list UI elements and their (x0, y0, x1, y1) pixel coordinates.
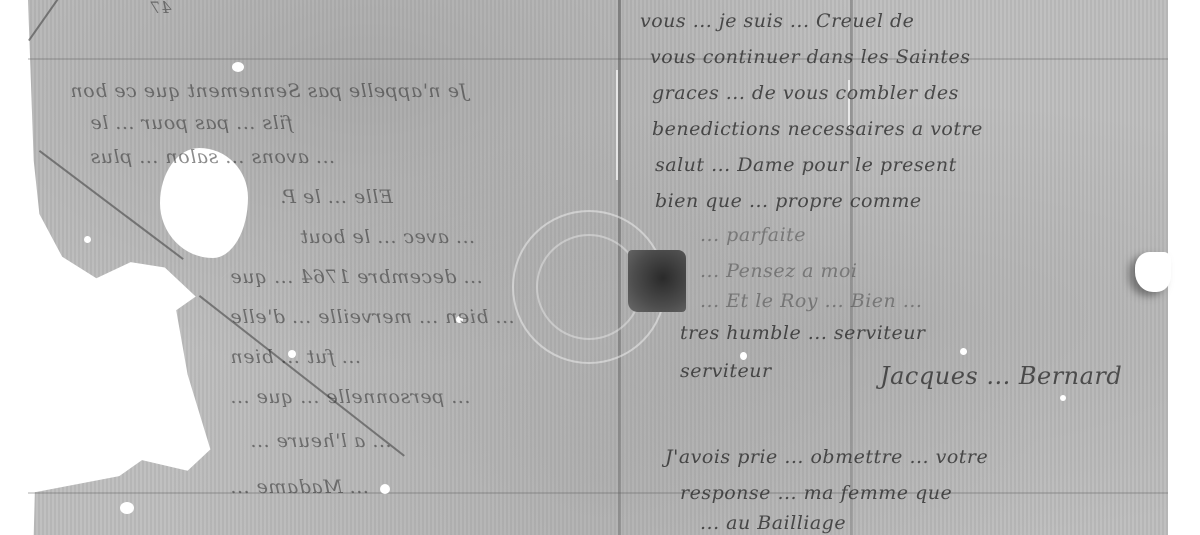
verso-line: ... bien ... merveille ... d'elle (230, 306, 515, 328)
verso-line: fils ... pas pour ... le (90, 112, 293, 134)
paper-spot (232, 62, 244, 72)
verso-line: Elle ... le P. (280, 186, 393, 208)
postscript-line: J'avois prie ... obmettre ... votre (665, 446, 988, 468)
verso-line: ... avons ... salon ... plus (90, 146, 335, 168)
verso-line: ... avec ... le bout (300, 226, 475, 248)
postscript-line: response ... ma femme que (680, 482, 952, 504)
wax-seal-remnant (628, 250, 686, 312)
verso-line: ... decembre 1764 ... que (230, 266, 483, 288)
letter-line: serviteur (680, 360, 772, 382)
letter-line: tres humble ... serviteur (680, 322, 926, 344)
verso-line: ... fut ... bien (230, 346, 361, 368)
verso-line: ... a l'heure ... (250, 430, 392, 452)
letter-line: ... Pensez a moi (700, 260, 858, 282)
paper-spot (84, 236, 91, 243)
fold-crease-highlight (616, 70, 618, 180)
ruled-line (28, 492, 1168, 494)
paper-spot (120, 502, 134, 514)
letter-line: bien que ... propre comme (655, 190, 922, 212)
torn-hole (1135, 252, 1171, 292)
letter-line: ... parfaite (700, 224, 806, 246)
corner-mark: 47 (150, 0, 171, 17)
verso-line: ... personnelle ... que ... (230, 386, 470, 408)
paper-spot (380, 484, 390, 494)
paper-spot (960, 348, 967, 355)
verso-line: Je n'appelle pas Sennement que ce bon (70, 80, 467, 102)
letter-line: ... Et le Roy ... Bien ... (700, 290, 922, 312)
ruled-line (28, 58, 1168, 60)
postscript-line: ... au Bailliage (700, 512, 846, 534)
signature: Jacques ... Bernard (880, 362, 1122, 390)
letter-line: vous ... je suis ... Creuel de (640, 10, 914, 32)
letter-line: graces ... de vous combler des (652, 82, 959, 104)
paper-spot (1060, 395, 1066, 401)
verso-line: ... Madame ... (230, 476, 369, 498)
letter-line: vous continuer dans les Saintes (650, 46, 970, 68)
scanned-letter: 47 Je n'appelle pas Sennement que ce bon… (0, 0, 1200, 535)
paper-spot (740, 352, 747, 360)
letter-line: salut ... Dame pour le present (655, 154, 957, 176)
letter-line: benedictions necessaires a votre (652, 118, 983, 140)
